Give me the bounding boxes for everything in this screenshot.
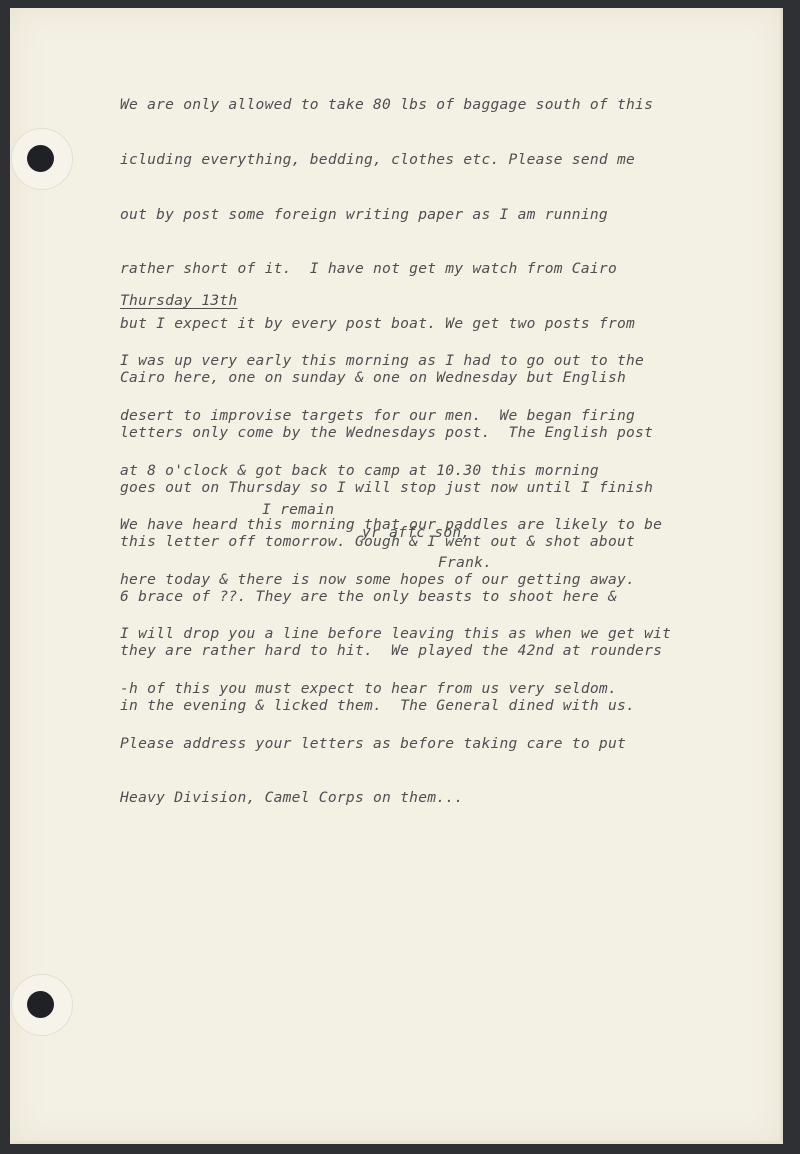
date-heading: Thursday 13th xyxy=(120,292,237,309)
text-line: -h of this you must expect to hear from … xyxy=(120,680,671,698)
text-line: out by post some foreign writing paper a… xyxy=(120,206,662,224)
signature: Frank. xyxy=(438,554,492,571)
punch-hole-bottom xyxy=(27,991,54,1018)
text-line: icluding everything, bedding, clothes et… xyxy=(120,151,662,169)
closing-remain: I remain xyxy=(262,501,334,518)
page-edge-shadow xyxy=(779,8,783,1144)
letter-page: We are only allowed to take 80 lbs of ba… xyxy=(10,8,783,1144)
page-bottom-edge xyxy=(10,1141,783,1144)
text-line: here today & there is now some hopes of … xyxy=(120,571,671,589)
text-line: rather short of it. I have not get my wa… xyxy=(120,260,662,278)
text-line: at 8 o'clock & got back to camp at 10.30… xyxy=(120,462,671,480)
closing-affectionate-son: yr affc son, xyxy=(362,524,470,541)
paragraph-2: I was up very early this morning as I ha… xyxy=(120,316,671,844)
text-line: desert to improvise targets for our men.… xyxy=(120,407,671,425)
text-line: I will drop you a line before leaving th… xyxy=(120,625,671,643)
text-line: We are only allowed to take 80 lbs of ba… xyxy=(120,96,662,114)
text-line: Please address your letters as before ta… xyxy=(120,735,671,753)
punch-hole-top xyxy=(27,145,54,172)
text-line: Heavy Division, Camel Corps on them... xyxy=(120,789,671,807)
text-line: I was up very early this morning as I ha… xyxy=(120,352,671,370)
